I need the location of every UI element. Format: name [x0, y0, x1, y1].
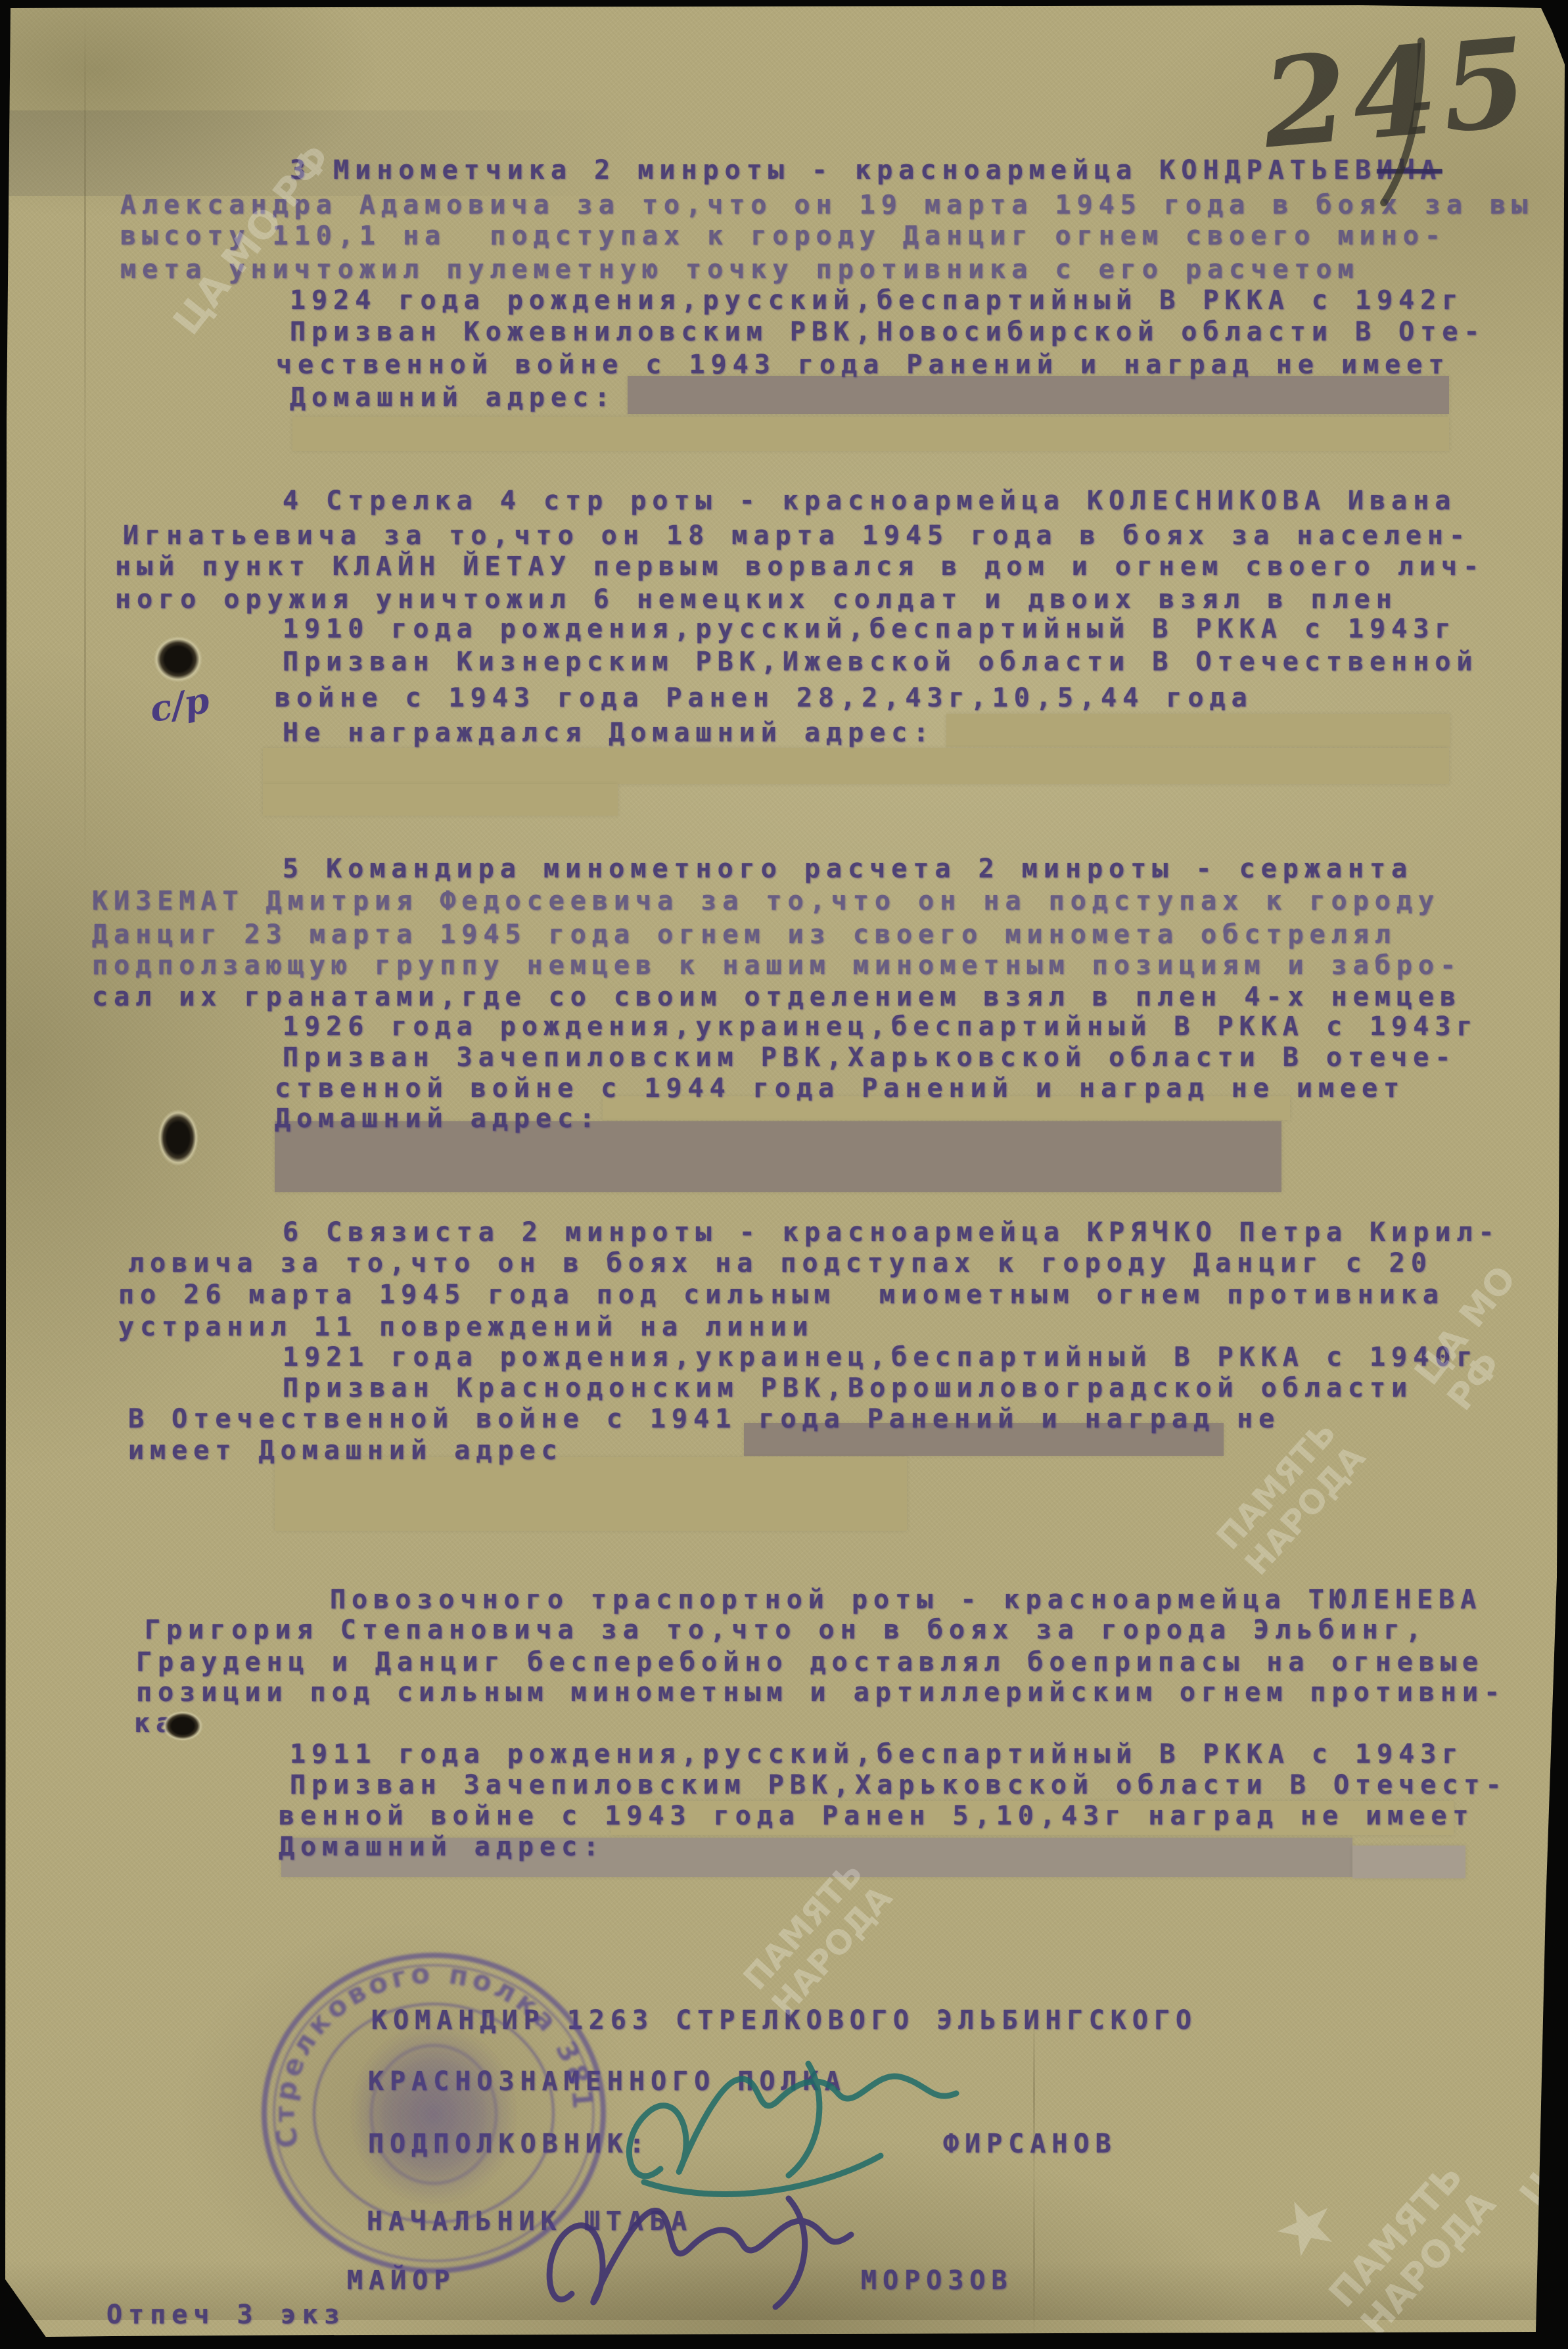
typed-line: Призван Кожевниловским РВК,Новосибирской… [290, 317, 1486, 346]
punch-hole [158, 1109, 198, 1166]
typed-line: по 26 марта 1945 года под сильным миомет… [118, 1280, 1444, 1309]
typed-line: Повозочного траспортной роты - красноарм… [330, 1585, 1482, 1614]
typed-line: 1926 года рождения,украинец,беспартийный… [283, 1012, 1479, 1041]
typed-line: Данциг 23 марта 1945 года огнем из своег… [92, 920, 1396, 949]
pencil-page-number: 245 [1249, 7, 1485, 223]
typed-line: чественной войне с 1943 года Ранений и н… [276, 350, 1450, 379]
typed-line: Игнатьевича за то,что он 18 марта 1945 г… [123, 521, 1471, 550]
archive-watermark: ПАМЯТЬ НАРОДА [1209, 1412, 1373, 1582]
archive-watermark: ЦА МО РФ [1511, 2137, 1568, 2265]
redacted-address-block [1352, 1846, 1465, 1878]
typed-line: 1921 года рождения,украинец,беспартийный… [283, 1343, 1479, 1372]
paper-sheet: 3 Минометчика 2 минроты - красноармейца … [0, 0, 1568, 2349]
redacted-address-block [275, 1457, 907, 1531]
typed-line: подползающую группу немцев к нашим мином… [92, 951, 1462, 980]
typed-line: мета уничтожил пулеметную точку противни… [120, 255, 1360, 284]
typed-line: сал их гранатами,где со своим отделением… [92, 983, 1462, 1012]
vertical-crease [1033, 2011, 1035, 2340]
typed-line: Призван Зачепиловским РВК,Харьковской об… [283, 1043, 1456, 1072]
typed-line: венной войне с 1943 года Ранен 5,10,43г … [279, 1802, 1475, 1830]
typed-line: Домашний адрес: [275, 1104, 601, 1133]
typed-line: ного оружия уничтожил 6 немецких солдат … [115, 585, 1398, 614]
redacted-address-block [263, 748, 1449, 784]
typed-line: Грауденц и Данциг бесперебойно доставлял… [136, 1648, 1484, 1677]
archive-watermark: ПАМЯТЬ НАРОДА [736, 1853, 900, 2022]
typed-line: позиции под сильным минометным и артилле… [136, 1678, 1506, 1707]
typed-line: Домашний адрес: [290, 383, 616, 412]
typed-line: войне с 1943 года Ранен 28,2,43г,10,5,44… [275, 684, 1253, 712]
typed-line: устранил 11 повреждений на линии [118, 1313, 814, 1341]
typed-line: Домашний адрес: [279, 1832, 605, 1861]
svg-text:245: 245 [1256, 10, 1538, 176]
typed-line: Призван Краснодонским РВК,Ворошиловоград… [283, 1374, 1413, 1403]
margin-mark: с/р [147, 679, 212, 731]
vertical-crease [84, 9, 86, 870]
typed-line: 1910 года рождения,русский,беспартийный … [283, 615, 1456, 643]
typed-line: Не награждался Домашний адрес: [283, 718, 934, 747]
scanned-archive-document: { "document": { "type": "award-list-page… [0, 0, 1568, 2349]
typed-line: 6 Связиста 2 минроты - красноармейца КРЯ… [283, 1218, 1500, 1247]
signature-firsanov [611, 2044, 979, 2202]
typed-line: 4 Стрелка 4 стр роты - красноармейца КОЛ… [283, 486, 1456, 515]
redacted-address-block [946, 714, 1450, 747]
typed-line: Призван Зачепиловским РВК,Харьковской об… [290, 1771, 1508, 1800]
typed-line: КИЗЕМАТ Дмитрия Федосеевича за то,что он… [92, 887, 1440, 916]
typed-line: высоту 110,1 на подступах к городу Данци… [120, 221, 1446, 250]
typed-line: Отпеч 3 экз [106, 2300, 346, 2329]
redacted-address-block [263, 784, 618, 816]
typed-line: ный пункт КЛАЙН ЙЕТАУ первым ворвался в … [115, 552, 1485, 581]
typed-line: 1911 года рождения,русский,беспартийный … [290, 1740, 1464, 1769]
signature-morozov [526, 2189, 881, 2327]
typed-line: МОРОЗОВ [861, 2266, 1013, 2295]
typed-line: Призван Кизнерским РВК,Ижевской области … [283, 647, 1479, 676]
typed-line: ловича за то,что он в боях на подступах … [128, 1249, 1433, 1278]
typed-line: В Отечественной войне с 1941 года Ранени… [128, 1405, 1280, 1433]
punch-hole [162, 1711, 203, 1741]
punch-hole [154, 636, 202, 682]
typed-line: 5 Командира минометного расчета 2 минрот… [283, 854, 1413, 883]
typed-line: Григория Степановича за то,что он в боях… [145, 1616, 1427, 1644]
redacted-address-block [628, 376, 1449, 414]
typed-text: 3 Минометчика 2 минроты - красноармейца … [290, 155, 1377, 185]
typed-line: ственной войне с 1944 года Ранений и наг… [275, 1074, 1405, 1103]
typed-line: 1924 года рождения,русский,беспартийный … [290, 286, 1464, 315]
typed-line: имеет Домашний адрес [128, 1436, 563, 1465]
redacted-address-block [292, 417, 1449, 451]
